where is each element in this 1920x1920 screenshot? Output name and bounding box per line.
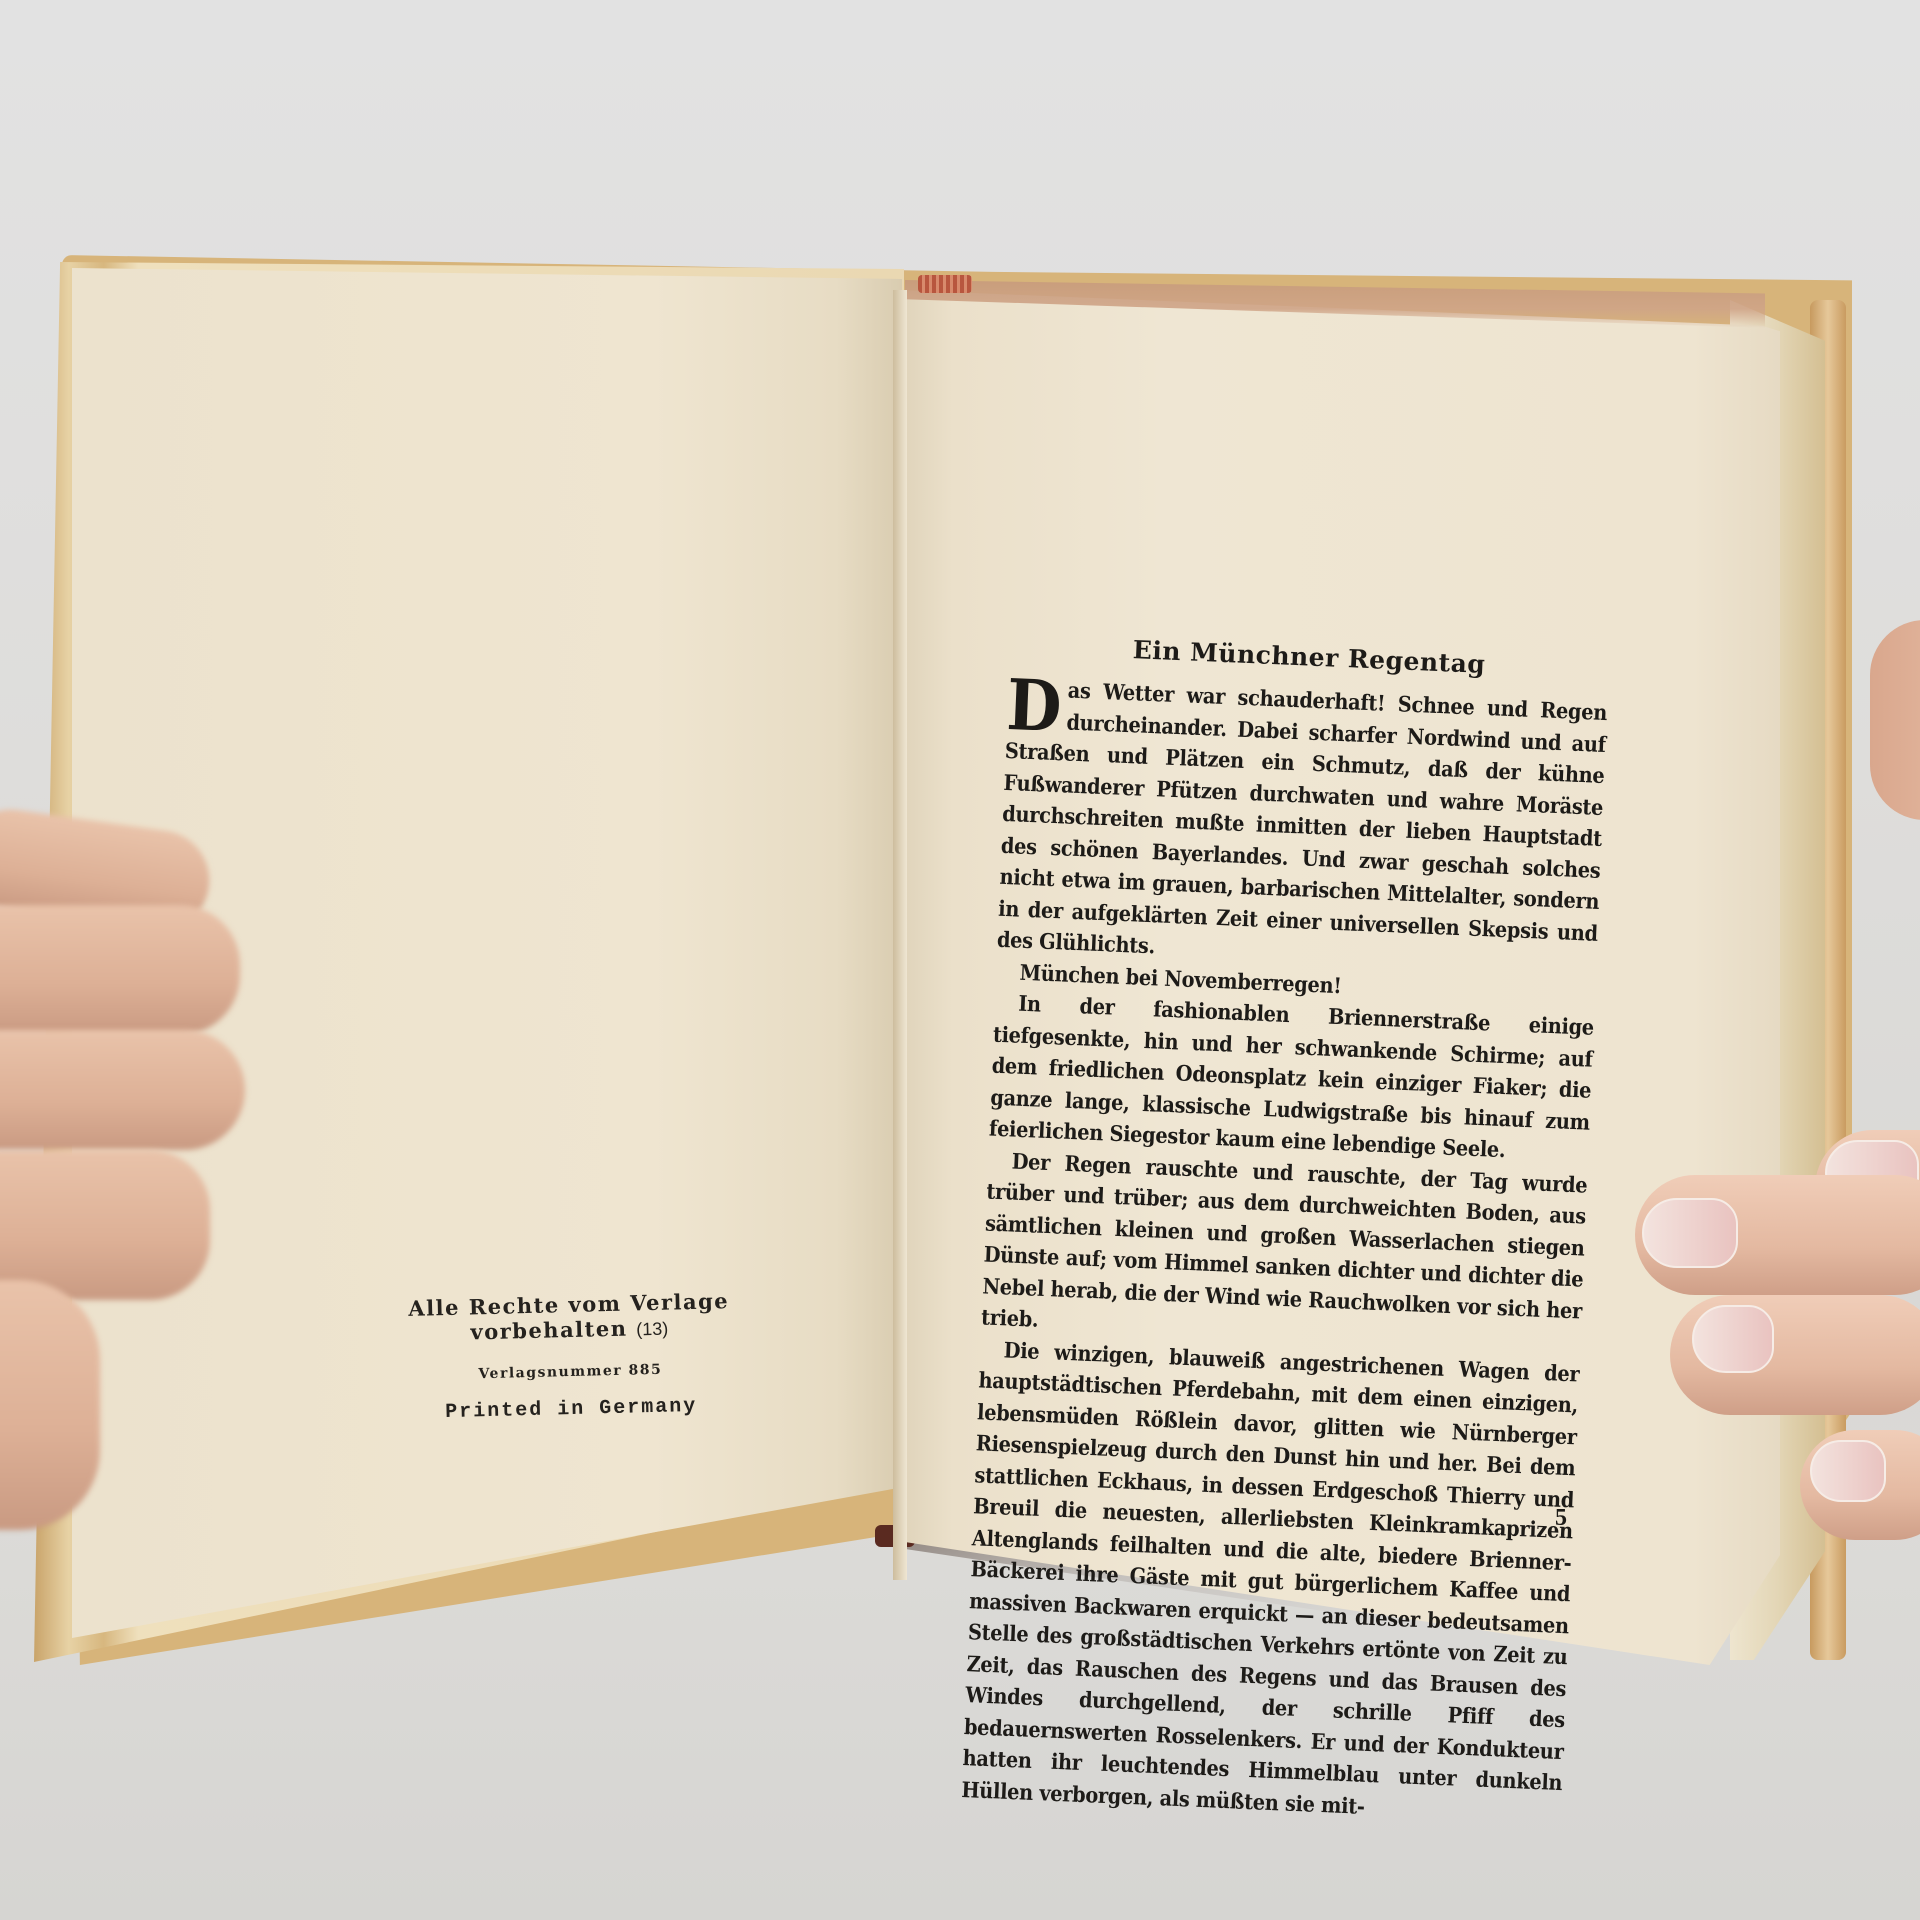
rights-number: (13) — [636, 1319, 668, 1340]
book-gutter — [893, 290, 907, 1580]
body-text: Das Wetter war schauderhaft! Schnee und … — [961, 673, 1608, 1831]
left-palm — [0, 1280, 100, 1530]
paragraph: Das Wetter war schauderhaft! Schnee und … — [996, 673, 1607, 981]
paragraph: In der fashionablen Briennerstraße einig… — [988, 988, 1594, 1170]
right-thumb — [1870, 620, 1920, 820]
right-hand — [1600, 0, 1920, 1920]
fingernail — [1692, 1305, 1774, 1373]
rights-text: Alle Rechte vom Verlage vorbehalten — [408, 1288, 729, 1344]
publisher-number: Verlagsnummer 885 — [330, 1358, 810, 1386]
paragraph: Der Regen rauschte und rauschte, der Tag… — [980, 1145, 1587, 1359]
page-number: 5 — [1555, 1505, 1567, 1532]
headband — [918, 275, 972, 293]
left-index-finger — [0, 905, 240, 1035]
copyright-imprint: Alle Rechte vom Verlage vorbehalten (13)… — [328, 1286, 811, 1427]
paragraph: Die winzigen, blauweiß angestrichenen Wa… — [961, 1334, 1580, 1831]
left-hand — [0, 0, 300, 1920]
fingernail — [1810, 1440, 1886, 1502]
fingernail — [1642, 1198, 1738, 1268]
left-ring-finger — [0, 1150, 210, 1300]
rights-line: Alle Rechte vom Verlage vorbehalten (13) — [328, 1286, 809, 1348]
left-middle-finger — [0, 1030, 245, 1150]
page-text-block: Ein Münchner Regentag Das Wetter war sch… — [961, 630, 1610, 1831]
